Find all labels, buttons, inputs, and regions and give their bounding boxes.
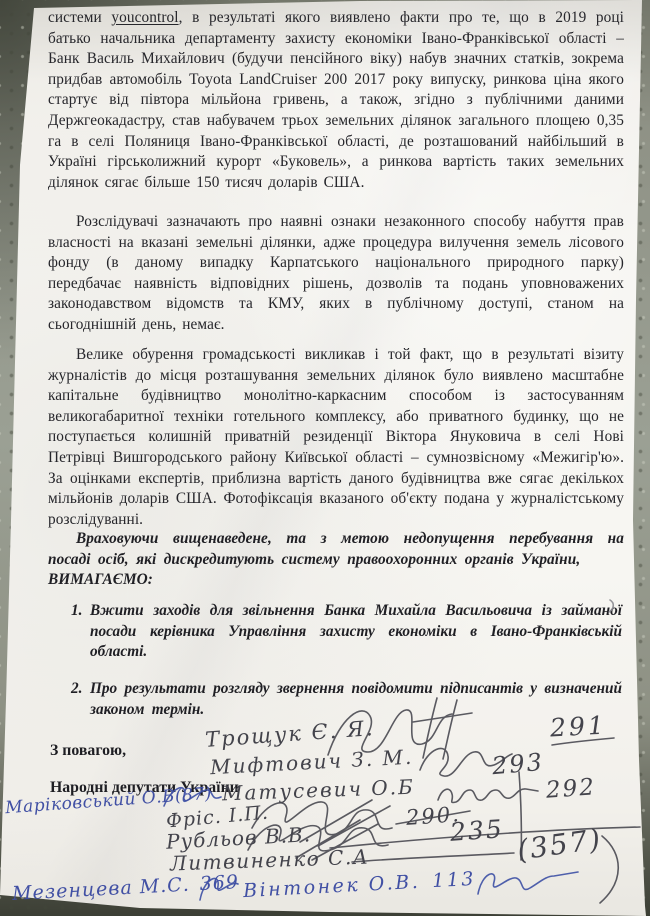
black-ink-strokes [248,600,640,903]
signature-flourish-1 [328,710,452,755]
flourish-marikovskyi [164,788,221,806]
signature-flourish-1d [413,713,472,722]
flourish-mezentseva [200,878,238,900]
signature-flourish-5 [248,825,388,851]
photo-of-document: { "document": { "paragraph1": { "prefix"… [0,0,650,916]
strikethrough-290 [396,811,470,824]
long-line-after-235 [330,827,640,848]
flourish-bottom-right [478,872,578,894]
big-closing-paren [600,836,618,903]
underline-291 [552,738,614,745]
stray-pen-mark [609,600,613,612]
signature-flourish-2 [420,748,512,776]
signature-flourish-1b [423,698,437,758]
signature-flourish-3 [438,789,538,803]
ink-flourishes [0,0,650,916]
bracket-line [519,772,521,860]
long-dash-litvynenko [352,853,514,862]
